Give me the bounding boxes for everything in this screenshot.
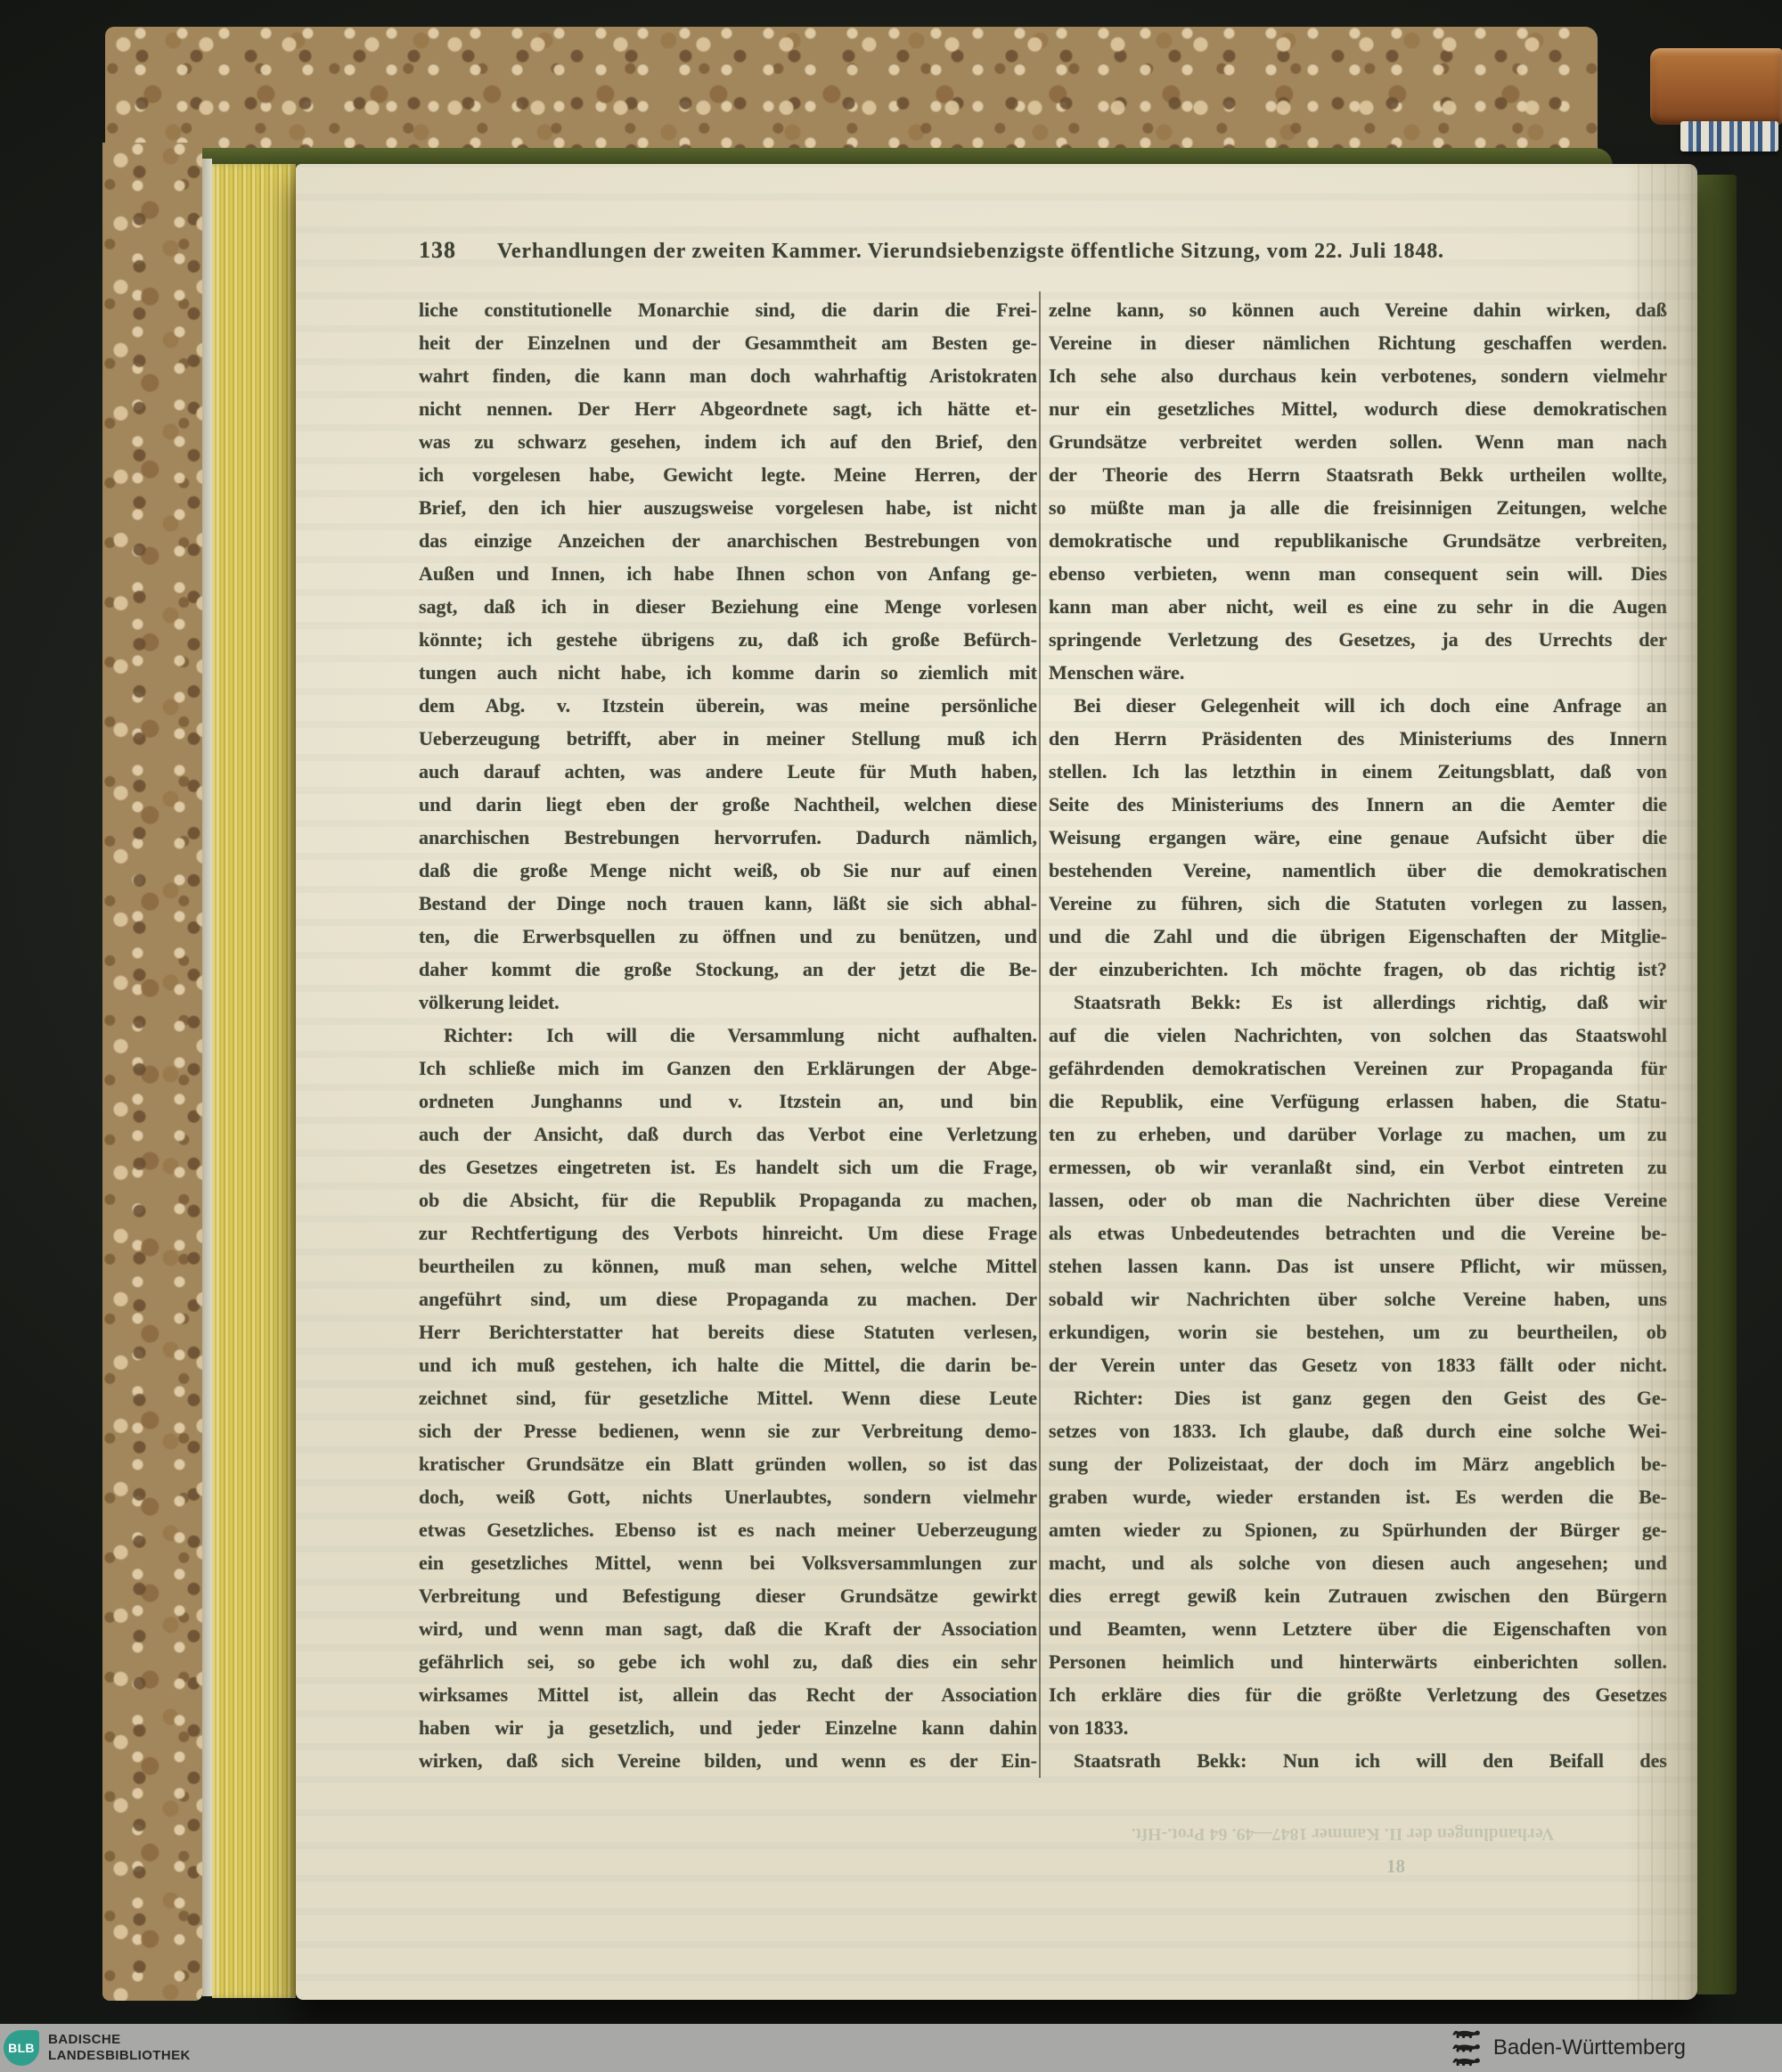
bleedthrough-footer-line: Verhandlungen der II. Kammer 1847—49. 64… [1049,1823,1637,1844]
text-line: Seite des Ministeriums des Innern an die… [1049,788,1667,821]
text-line: Ich schließe mich im Ganzen den Erklärun… [419,1052,1037,1085]
running-title: Verhandlungen der zweiten Kammer. Vierun… [497,240,1444,264]
text-line: und ich muß gestehen, ich halte die Mitt… [419,1348,1037,1381]
leather-spine-cap [1650,48,1782,125]
library-logo: BLB BADISCHE LANDESBIBLIOTHEK [4,2030,191,2066]
text-line: Brief, den ich hier auszugsweise vorgele… [419,491,1037,524]
text-line: das einzige Anzeichen der anarchischen B… [419,524,1037,557]
text-line: wirksames Mittel ist, allein das Recht d… [419,1678,1037,1711]
column-divider-rule [1039,291,1041,1778]
text-line: dem Abg. v. Itzstein überein, was meine … [419,689,1037,722]
text-line: daher kommt die große Stockung, an der j… [419,953,1037,986]
text-line: macht, und als solche von diesen auch an… [1049,1546,1667,1579]
text-line: demokratische und republikanische Grunds… [1049,524,1667,557]
library-name-line2: LANDESBIBLIOTHEK [48,2048,191,2064]
text-line: und darin liegt eben der große Nachtheil… [419,788,1037,821]
bleedthrough-signature-mark: 18 [1386,1855,1405,1878]
book-page: 138 Verhandlungen der zweiten Kammer. Vi… [296,164,1697,2000]
text-line: haben wir ja gesetzlich, und jeder Einze… [419,1711,1037,1744]
text-line: Ueberzeugung betrifft, aber in meiner St… [419,722,1037,755]
text-line: die Republik, eine Verfügung erlassen ha… [1049,1085,1667,1118]
text-line: der Theorie des Herrn Staatsrath Bekk ur… [1049,458,1667,491]
text-line: kratischer Grundsätze ein Blatt gründen … [419,1447,1037,1480]
text-line: heit der Einzelnen und der Gesammtheit a… [419,326,1037,359]
state-name: Baden-Württemberg [1493,2035,1686,2060]
paragraph: Bei dieser Gelegenheit will ich doch ein… [1049,689,1667,986]
text-line: Weisung ergangen wäre, eine genaue Aufsi… [1049,821,1667,854]
text-line: völkerung leidet. [419,986,1037,1019]
page-block-sliver [202,159,212,1996]
paragraph: Staatsrath Bekk: Es ist allerdings richt… [1049,986,1667,1381]
text-line: Bestand der Dinge noch trauen kann, läßt… [419,887,1037,920]
text-line: wird, und wenn man sagt, daß die Kraft d… [419,1612,1037,1645]
text-column-right: zelne kann, so können auch Vereine dahin… [1049,293,1667,1777]
text-line: was zu schwarz gesehen, indem ich auf de… [419,425,1037,458]
text-line: kann man aber nicht, weil es eine zu seh… [1049,590,1667,623]
text-line: Verbreitung und Befestigung dieser Grund… [419,1579,1037,1612]
text-line: ermessen, ob wir veranlaßt sind, ein Ver… [1049,1151,1667,1183]
text-line: daß die große Menge nicht weiß, ob Sie n… [419,854,1037,887]
text-line: zur Rechtfertigung des Verbots hinreicht… [419,1216,1037,1249]
text-line: gefährlich sei, so gebe ich wohl zu, daß… [419,1645,1037,1678]
blb-badge-icon: BLB [4,2030,39,2066]
page-fore-edge [212,164,296,1998]
text-line: Ich sehe also durchaus kein verbotenes, … [1049,359,1667,392]
paragraph: Staatsrath Bekk: Nun ich will den Beifal… [1049,1744,1667,1777]
text-line: Ich erkläre dies für die größte Verletzu… [1049,1678,1667,1711]
text-line: nur ein gesetzliches Mittel, wodurch die… [1049,392,1667,425]
text-line: angeführt sind, um diese Propaganda zu m… [419,1282,1037,1315]
text-line: den Herrn Präsidenten des Ministeriums d… [1049,722,1667,755]
text-line: doch, weiß Gott, nichts Unerlaubtes, son… [419,1480,1037,1513]
text-line: nicht nennen. Der Herr Abgeordnete sagt,… [419,392,1037,425]
text-line: liche constitutionelle Monarchie sind, d… [419,293,1037,326]
text-line: springende Verletzung des Gesetzes, ja d… [1049,623,1667,656]
text-line: Staatsrath Bekk: Es ist allerdings richt… [1049,986,1667,1019]
text-line: graben wurde, wieder erstanden ist. Es w… [1049,1480,1667,1513]
text-line: des Gesetzes eingetreten ist. Es handelt… [419,1151,1037,1183]
text-line: anarchischen Bestrebungen hervorrufen. D… [419,821,1037,854]
text-line: sung der Polizeistaat, der doch im März … [1049,1447,1667,1480]
library-name: BADISCHE LANDESBIBLIOTHEK [48,2032,191,2064]
text-line: sobald wir Nachrichten über solche Verei… [1049,1282,1667,1315]
text-line: ein gesetzliches Mittel, wenn bei Volksv… [419,1546,1037,1579]
text-line: und die Zahl und die übrigen Eigenschaft… [1049,920,1667,953]
text-line: der einzuberichten. Ich möchte fragen, o… [1049,953,1667,986]
text-line: Richter: Ich will die Versammlung nicht … [419,1019,1037,1052]
coat-of-arms-icon [1451,2028,1482,2068]
text-line: beurtheilen zu können, muß man sehen, we… [419,1249,1037,1282]
text-line: auch der Ansicht, daß durch das Verbot e… [419,1118,1037,1151]
text-line: wahrt finden, die kann man doch wahrhaft… [419,359,1037,392]
library-footer-bar: BLB BADISCHE LANDESBIBLIOTHEK Baden-Würt… [0,2024,1782,2072]
text-line: Herr Berichterstatter hat bereits diese … [419,1315,1037,1348]
text-line: Bei dieser Gelegenheit will ich doch ein… [1049,689,1667,722]
text-line: zeichnet sind, für gesetzliche Mittel. W… [419,1381,1037,1414]
marbled-board-left [102,143,202,2001]
state-logo: Baden-Württemberg [1451,2028,1686,2068]
text-line: von 1833. [1049,1711,1667,1744]
marbled-board-top [105,27,1598,152]
page-number: 138 [419,237,456,264]
text-line: ob die Absicht, für die Republik Propaga… [419,1183,1037,1216]
text-line: ordneten Junghanns und v. Itzstein an, u… [419,1085,1037,1118]
text-line: Personen heimlich und hinterwärts einber… [1049,1645,1667,1678]
text-line: ich vorgelesen habe, Gewicht legte. Mein… [419,458,1037,491]
text-line: setzes von 1833. Ich glaube, daß durch e… [1049,1414,1667,1447]
paragraph: liche constitutionelle Monarchie sind, d… [419,293,1037,1019]
text-line: Vereine in dieser nämlichen Richtung ges… [1049,326,1667,359]
text-line: als etwas Unbedeutendes betrachten und d… [1049,1216,1667,1249]
text-line: stehen lassen kann. Das ist unsere Pflic… [1049,1249,1667,1282]
text-line: könnte; ich gestehe übrigens zu, daß ich… [419,623,1037,656]
text-line: sich der Presse bedienen, wenn sie zur V… [419,1414,1037,1447]
library-name-line1: BADISCHE [48,2032,191,2048]
text-line: auf die vielen Nachrichten, von solchen … [1049,1019,1667,1052]
text-line: ebenso verbieten, wenn man consequent se… [1049,557,1667,590]
cover-edge-right [1696,175,1737,1994]
text-line: ten zu erheben, und darüber Vorlage zu m… [1049,1118,1667,1151]
text-line: der Verein unter das Gesetz von 1833 fäl… [1049,1348,1667,1381]
text-line: gefährdenden demokratischen Vereinen zur… [1049,1052,1667,1085]
text-line: stellen. Ich las letzthin in einem Zeitu… [1049,755,1667,788]
paragraph: zelne kann, so können auch Vereine dahin… [1049,293,1667,689]
text-line: Vereine zu führen, sich die Statuten vor… [1049,887,1667,920]
text-line: Grundsätze verbreitet werden sollen. Wen… [1049,425,1667,458]
paragraph: Richter: Ich will die Versammlung nicht … [419,1019,1037,1777]
text-line: dies erregt gewiß kein Zutrauen zwischen… [1049,1579,1667,1612]
text-line: Richter: Dies ist ganz gegen den Geist d… [1049,1381,1667,1414]
text-line: und Beamten, wenn Letztere über die Eige… [1049,1612,1667,1645]
text-line: so müßte man ja alle die freisinnigen Ze… [1049,491,1667,524]
text-line: tungen auch nicht habe, ich komme darin … [419,656,1037,689]
text-line: ten, die Erwerbsquellen zu öffnen und zu… [419,920,1037,953]
text-line: erkundigen, worin sie bestehen, um zu be… [1049,1315,1667,1348]
text-line: Staatsrath Bekk: Nun ich will den Beifal… [1049,1744,1667,1777]
text-column-left: liche constitutionelle Monarchie sind, d… [419,293,1037,1777]
page-header: 138 Verhandlungen der zweiten Kammer. Vi… [419,237,1604,264]
text-line: lassen, oder ob man die Nachrichten über… [1049,1183,1667,1216]
text-line: sagt, daß ich in dieser Beziehung eine M… [419,590,1037,623]
text-line: etwas Gesetzliches. Ebenso ist es nach m… [419,1513,1037,1546]
text-line: amten wieder zu Spionen, zu Spürhunden d… [1049,1513,1667,1546]
text-line: wirken, daß sich Vereine bilden, und wen… [419,1744,1037,1777]
text-line: Menschen wäre. [1049,656,1667,689]
text-line: bestehenden Vereine, namentlich über die… [1049,854,1667,887]
endband-stripes [1680,121,1778,152]
text-line: zelne kann, so können auch Vereine dahin… [1049,293,1667,326]
book-scan[interactable]: 138 Verhandlungen der zweiten Kammer. Vi… [0,0,1782,2072]
text-line: Außen und Innen, ich habe Ihnen schon vo… [419,557,1037,590]
paragraph: Richter: Dies ist ganz gegen den Geist d… [1049,1381,1667,1744]
text-line: auch darauf achten, was andere Leute für… [419,755,1037,788]
